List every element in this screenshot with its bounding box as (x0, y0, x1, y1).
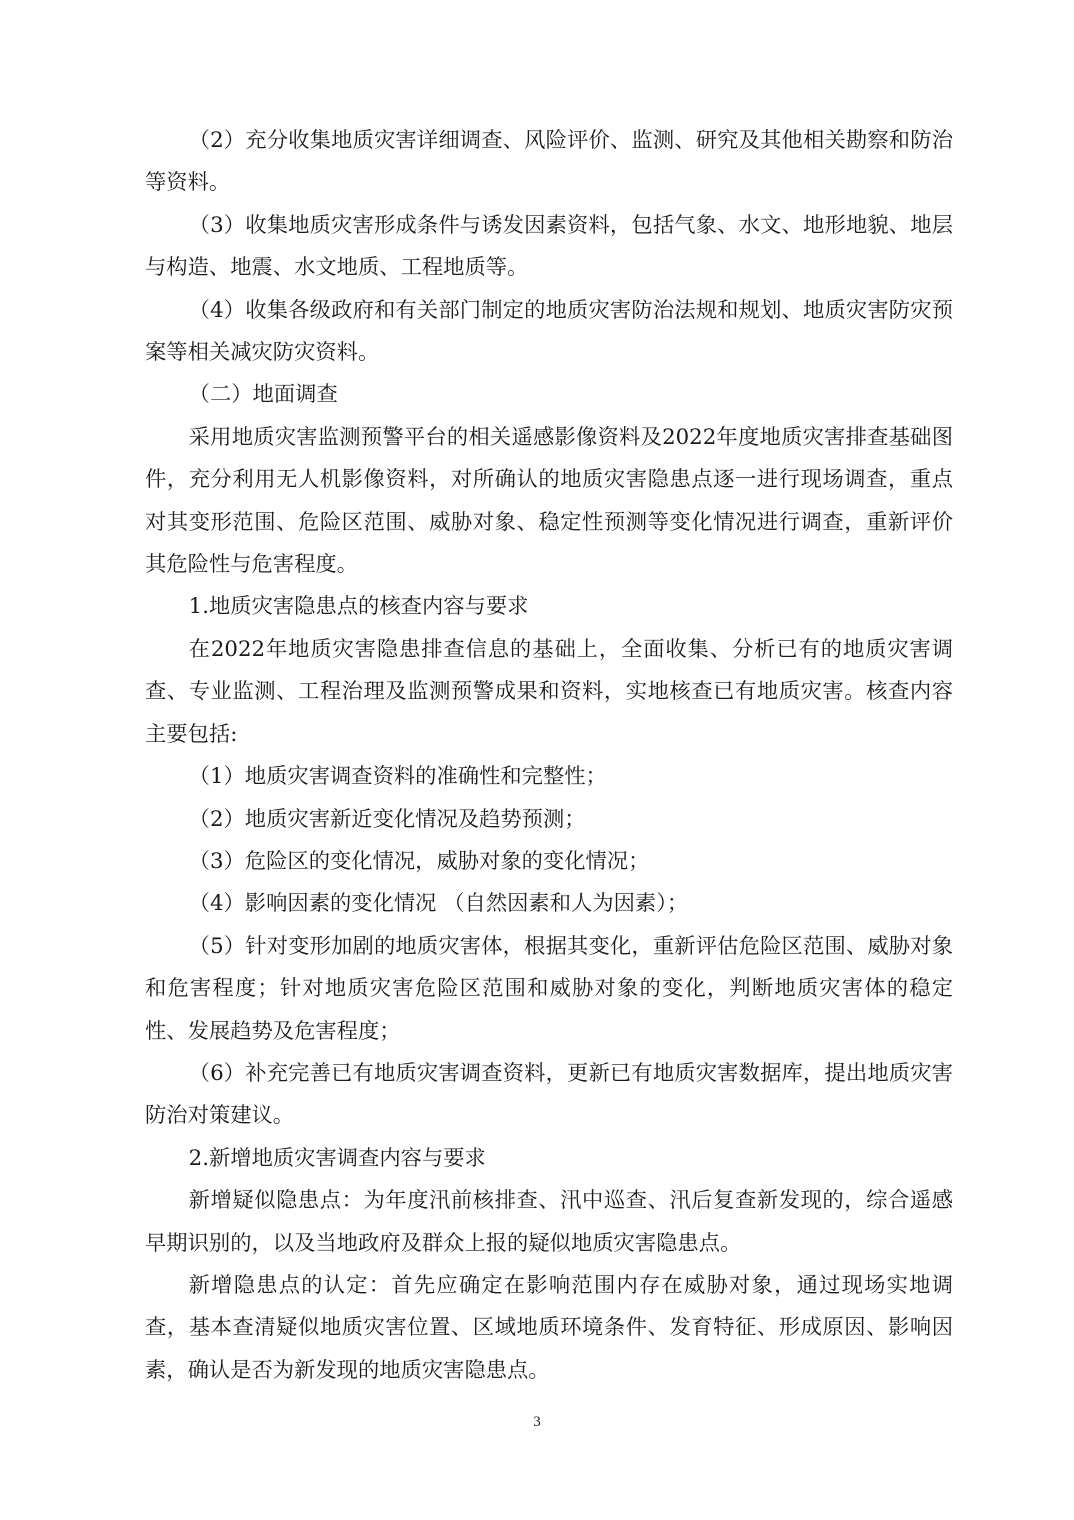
list-item-accuracy: （1）地质灾害调查资料的准确性和完整性； (145, 756, 953, 798)
paragraph-verification-intro: 在2022年地质灾害隐患排查信息的基础上，全面收集、分析已有的地质灾害调查、专业… (145, 629, 953, 756)
subsection-heading-verification: 1.地质灾害隐患点的核查内容与要求 (145, 586, 953, 628)
list-item-collect-regulations: （4）收集各级政府和有关部门制定的地质灾害防治法规和规划、地质灾害防灾预案等相关… (145, 290, 953, 375)
list-item-influencing-factors: （4）影响因素的变化情况 （自然因素和人为因素）； (145, 883, 953, 925)
section-heading-ground-survey: （二）地面调查 (145, 374, 953, 416)
paragraph-ground-survey-method: 采用地质灾害监测预警平台的相关遥感影像资料及2022年度地质灾害排查基础图件，充… (145, 417, 953, 587)
paragraph-new-points-identification: 新增隐患点的认定：首先应确定在影响范围内存在威胁对象，通过现场实地调查，基本查清… (145, 1265, 953, 1392)
list-item-collect-detailed-data: （2）充分收集地质灾害详细调查、风险评价、监测、研究及其他相关勘察和防治等资料。 (145, 120, 953, 205)
subsection-heading-new-hazards: 2.新增地质灾害调查内容与要求 (145, 1138, 953, 1180)
page-number: 3 (0, 1414, 1074, 1431)
list-item-reassessment: （5）针对变形加剧的地质灾害体，根据其变化，重新评估危险区范围、威胁对象和危害程… (145, 926, 953, 1053)
list-item-collect-formation-conditions: （3）收集地质灾害形成条件与诱发因素资料，包括气象、水文、地形地貌、地层与构造、… (145, 205, 953, 290)
list-item-database-update: （6）补充完善已有地质灾害调查资料，更新已有地质灾害数据库，提出地质灾害防治对策… (145, 1053, 953, 1138)
list-item-recent-changes: （2）地质灾害新近变化情况及趋势预测； (145, 799, 953, 841)
document-page: （2）充分收集地质灾害详细调查、风险评价、监测、研究及其他相关勘察和防治等资料。… (145, 120, 953, 1392)
paragraph-new-suspected-points: 新增疑似隐患点：为年度汛前核排查、汛中巡查、汛后复查新发现的，综合遥感早期识别的… (145, 1180, 953, 1265)
list-item-danger-zone-changes: （3）危险区的变化情况，威胁对象的变化情况； (145, 841, 953, 883)
